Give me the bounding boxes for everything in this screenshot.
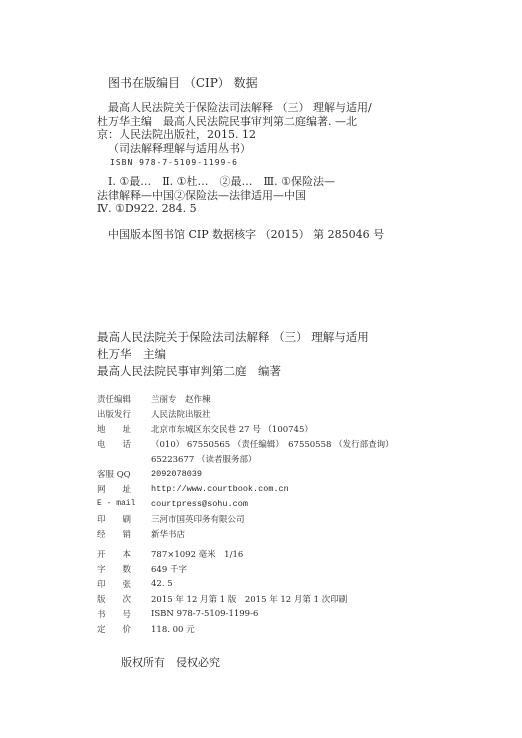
cip-heading: 图书在版编目 （CIP） 数据 bbox=[108, 74, 258, 91]
info-row: 电 话（010） 67550565 （责任编辑） 67550558 （发行部查询… bbox=[97, 436, 394, 451]
book-editor: 杜万华 主编 bbox=[97, 346, 369, 363]
classification-line: Ⅳ. ①D922. 284. 5 bbox=[97, 202, 335, 216]
info-value: ISBN 978-7-5109-1199-6 bbox=[151, 609, 258, 619]
book-compiler: 最高人民法院民事审判第二庭 编著 bbox=[97, 363, 369, 380]
info-row: 印 张42. 5 bbox=[97, 576, 347, 591]
info-value: 2015 年 12 月第 1 版 2015 年 12 月第 1 次印刷 bbox=[151, 593, 347, 605]
cip-line: 最高人民法院关于保险法司法解释 （三） 理解与适用/ bbox=[97, 101, 397, 115]
email-link[interactable]: courtpress@sohu.com bbox=[151, 499, 248, 509]
info-row: 字 数649 千字 bbox=[97, 561, 347, 576]
classification-line: 法律解释—中国②保险法—法律适用—中国 bbox=[97, 189, 335, 203]
info-row: 书 号ISBN 978-7-5109-1199-6 bbox=[97, 606, 347, 621]
cip-line: 杜万华主编 最高人民法院民事审判第二庭编著. —北 bbox=[97, 115, 397, 129]
info-value: 42. 5 bbox=[151, 579, 173, 589]
info-value: 65223677 （读者服务部） bbox=[151, 453, 256, 465]
cip-isbn: ISBN 978-7-5109-1199-6 bbox=[97, 156, 397, 170]
info-label: 字 数 bbox=[97, 563, 151, 575]
copyright-page: 图书在版编目 （CIP） 数据 最高人民法院关于保险法司法解释 （三） 理解与适… bbox=[0, 0, 522, 738]
info-value: （010） 67550565 （责任编辑） 67550558 （发行部查询） bbox=[151, 438, 394, 450]
info-label: 网 址 bbox=[97, 483, 151, 495]
cip-verification-number: 中国版本图书馆 CIP 数据核字 （2015） 第 285046 号 bbox=[108, 226, 384, 242]
info-value: 三河市国英印务有限公司 bbox=[151, 513, 245, 525]
info-value: 649 千字 bbox=[151, 563, 187, 575]
info-label: 印 张 bbox=[97, 578, 151, 590]
info-row: 出版发行人民法院出版社 bbox=[97, 406, 394, 421]
info-value: 2092078039 bbox=[151, 469, 202, 479]
info-row: 印 刷三河市国英印务有限公司 bbox=[97, 511, 394, 526]
info-label: 地 址 bbox=[97, 423, 151, 435]
info-row: 责任编辑兰丽专 赵作棟 bbox=[97, 391, 394, 406]
info-value: 118. 00 元 bbox=[151, 623, 195, 635]
info-label: 出版发行 bbox=[97, 408, 151, 420]
info-label: 书 号 bbox=[97, 608, 151, 620]
book-title-block: 最高人民法院关于保险法司法解释 （三） 理解与适用 杜万华 主编 最高人民法院民… bbox=[97, 329, 369, 380]
info-label: E - mail bbox=[97, 499, 151, 508]
info-label: 定 价 bbox=[97, 623, 151, 635]
cip-line: （司法解释理解与适用丛书） bbox=[97, 142, 397, 156]
info-label: 版 次 bbox=[97, 593, 151, 605]
publisher-info: 责任编辑兰丽专 赵作棟 出版发行人民法院出版社 地 址北京市东城区东交民巷 27… bbox=[97, 391, 394, 541]
info-value: 787×1092 毫米 1/16 bbox=[151, 548, 243, 560]
info-label: 开 本 bbox=[97, 548, 151, 560]
book-title: 最高人民法院关于保险法司法解释 （三） 理解与适用 bbox=[97, 329, 369, 346]
info-label: 电 话 bbox=[97, 438, 151, 450]
info-label: 经 销 bbox=[97, 528, 151, 540]
info-row: 地 址北京市东城区东交民巷 27 号 （100745） bbox=[97, 421, 394, 436]
info-value: 新华书店 bbox=[151, 528, 185, 540]
info-row: 网 址http://www.courtbook.com.cn bbox=[97, 481, 394, 496]
cip-line: 京：人民法院出版社，2015. 12 bbox=[97, 128, 397, 142]
info-value: 北京市东城区东交民巷 27 号 （100745） bbox=[151, 423, 313, 435]
info-value: 人民法院出版社 bbox=[151, 408, 211, 420]
info-label: 客服 QQ bbox=[97, 468, 151, 480]
classification-line: Ⅰ. ①最… Ⅱ. ①杜… ②最… Ⅲ. ①保险法— bbox=[97, 175, 335, 189]
info-row: 65223677 （读者服务部） bbox=[97, 451, 394, 466]
print-info: 开 本787×1092 毫米 1/16 字 数649 千字 印 张42. 5 版… bbox=[97, 546, 347, 636]
info-row: 版 次2015 年 12 月第 1 版 2015 年 12 月第 1 次印刷 bbox=[97, 591, 347, 606]
info-value: 兰丽专 赵作棟 bbox=[151, 393, 211, 405]
website-link[interactable]: http://www.courtbook.com.cn bbox=[151, 484, 289, 494]
cip-classification: Ⅰ. ①最… Ⅱ. ①杜… ②最… Ⅲ. ①保险法— 法律解释—中国②保险法—法… bbox=[97, 175, 335, 216]
info-label: 印 刷 bbox=[97, 513, 151, 525]
info-row: 开 本787×1092 毫米 1/16 bbox=[97, 546, 347, 561]
info-row: E - mailcourtpress@sohu.com bbox=[97, 496, 394, 511]
info-row: 定 价118. 00 元 bbox=[97, 621, 347, 636]
info-row: 客服 QQ2092078039 bbox=[97, 466, 394, 481]
info-row: 经 销新华书店 bbox=[97, 526, 394, 541]
info-label: 责任编辑 bbox=[97, 393, 151, 405]
copyright-notice: 版权所有 侵权必究 bbox=[121, 654, 220, 670]
cip-record: 最高人民法院关于保险法司法解释 （三） 理解与适用/ 杜万华主编 最高人民法院民… bbox=[97, 101, 397, 170]
